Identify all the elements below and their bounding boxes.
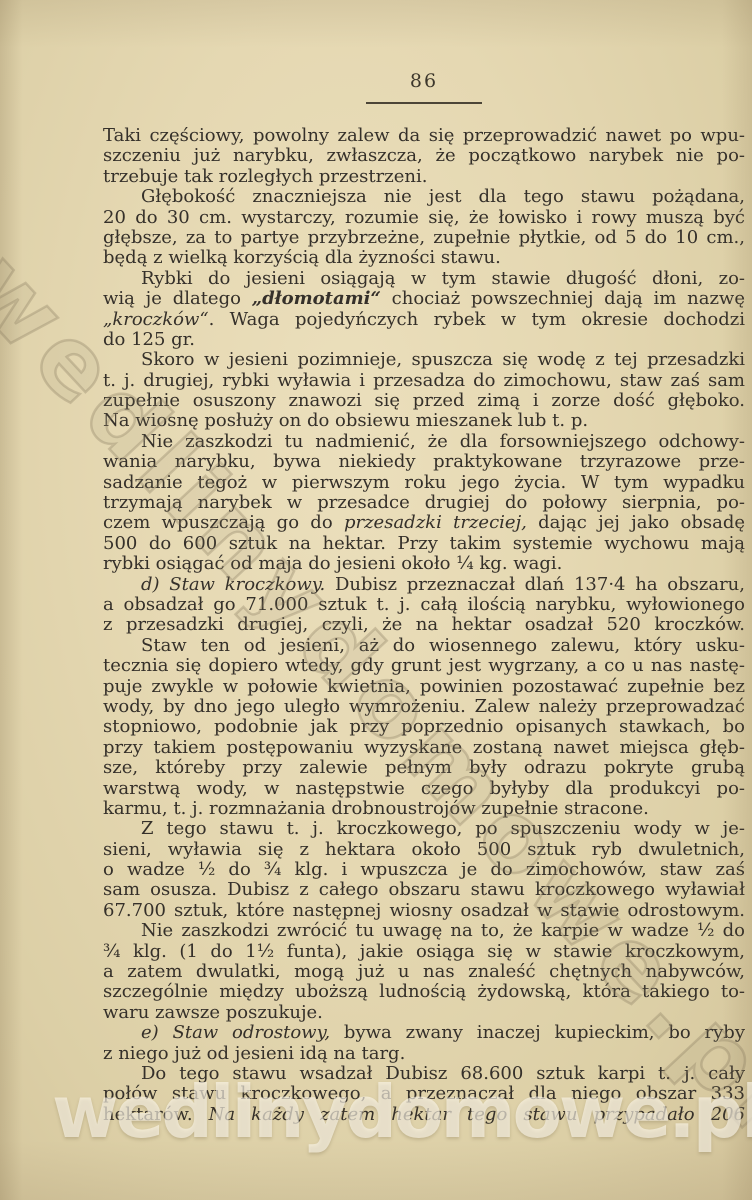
text-run: wania narybku, bywa niekiedy praktykowan… xyxy=(103,451,745,472)
text-run: głębsze, za to partye przybrzeżne, zupeł… xyxy=(103,227,745,248)
text-line: trzebuje tak rozległych przestrzeni. xyxy=(103,167,745,187)
text-run: sadzanie tegoż w pierwszym roku jego życ… xyxy=(103,472,745,493)
text-line: tecznia się dopiero wtedy, gdy grunt jes… xyxy=(103,656,745,676)
book-page: 86 Taki częściowy, powolny zalew da się … xyxy=(0,0,752,1200)
text-line: Do tego stawu wsadzał Dubisz 68.600 sztu… xyxy=(103,1064,745,1084)
text-line: Nie zaszkodzi zwrócić tu uwagę na to, że… xyxy=(103,921,745,941)
text-line: 500 do 600 sztuk na hektar. Przy takim s… xyxy=(103,534,745,554)
text-run: Głębokość znaczniejsza nie jest dla tego… xyxy=(141,186,745,207)
text-run: Na wiosnę posłuży on do obsiewu mieszane… xyxy=(103,410,588,431)
text-run: 20 do 30 cm. wystarczy, rozumie się, że … xyxy=(103,207,745,228)
text-line: Skoro w jesieni pozimnieje, spuszcza się… xyxy=(103,350,745,370)
text-run: sieni, wyławia się z hektara około 500 s… xyxy=(103,839,745,860)
text-line: 20 do 30 cm. wystarczy, rozumie się, że … xyxy=(103,208,745,228)
text-line: Nie zaszkodzi tu nadmienić, że dla forso… xyxy=(103,432,745,452)
text-line: 67.700 sztuk, które następnej wiosny osa… xyxy=(103,901,745,921)
text-line: sze, któreby przy zalewie pełnym były od… xyxy=(103,758,745,778)
text-run: warstwą wody, w następstwie czego byłyby… xyxy=(103,778,745,799)
text-run: szczeniu już narybku, zwłaszcza, że pocz… xyxy=(103,145,745,166)
text-run: zupełnie osuszony znawozi się przed zimą… xyxy=(103,390,745,411)
text-run: rybki osiągać od maja do jesieni około ¹… xyxy=(103,553,562,574)
text-run-italic: d) Staw kroczkowy. xyxy=(141,574,325,595)
text-run: wody, by dno jego uległo wymrożeniu. Zal… xyxy=(103,696,745,717)
text-run: tecznia się dopiero wtedy, gdy grunt jes… xyxy=(103,655,745,676)
text-line: Rybki do jesieni osiągają w tym stawie d… xyxy=(103,269,745,289)
text-run: stopniowo, podobnie jak przy poprzednio … xyxy=(103,716,745,737)
text-line: ³⁄₄ klg. (1 do 1¹⁄₂ funta), jakie osiąga… xyxy=(103,942,745,962)
text-run: Skoro w jesieni pozimnieje, spuszcza się… xyxy=(141,349,745,370)
text-run: połów stawu kroczkowego, a przeznaczał d… xyxy=(103,1083,745,1104)
text-run: wią je dlatego xyxy=(103,288,252,309)
page-number-rule xyxy=(366,102,482,104)
text-run: Nie zaszkodzi zwrócić tu uwagę na to, że… xyxy=(141,920,745,941)
text-line: e) Staw odrostowy, bywa zwany inaczej ku… xyxy=(103,1023,745,1043)
text-run: czem wpuszczają go do xyxy=(103,512,344,533)
text-line: sieni, wyławia się z hektara około 500 s… xyxy=(103,840,745,860)
text-line: sadzanie tegoż w pierwszym roku jego życ… xyxy=(103,473,745,493)
text-run: waru zawsze poszukuje. xyxy=(103,1002,323,1023)
text-run: karmu, t. j. rozmnażania drobnoustrojów … xyxy=(103,798,649,819)
text-run: przy takiem postępowaniu wyzyskane zosta… xyxy=(103,737,745,758)
text-run: do 125 gr. xyxy=(103,329,195,350)
text-line: t. j. drugiej, rybki wyławia i przesadza… xyxy=(103,371,745,391)
text-run: szczególnie między uboższą ludnością żyd… xyxy=(103,981,745,1002)
text-run: sze, któreby przy zalewie pełnym były od… xyxy=(103,757,745,778)
text-line: Głębokość znaczniejsza nie jest dla tego… xyxy=(103,187,745,207)
text-run: Rybki do jesieni osiągają w tym stawie d… xyxy=(141,268,745,289)
text-line: z przesadzki drugiej, czyli, że na hekta… xyxy=(103,615,745,635)
text-run: t. j. drugiej, rybki wyławia i przesadza… xyxy=(103,370,745,391)
text-line: szczeniu już narybku, zwłaszcza, że pocz… xyxy=(103,146,745,166)
text-line: przy takiem postępowaniu wyzyskane zosta… xyxy=(103,738,745,758)
text-line: karmu, t. j. rozmnażania drobnoustrojów … xyxy=(103,799,745,819)
text-line: głębsze, za to partye przybrzeżne, zupeł… xyxy=(103,228,745,248)
text-line: o wadze ¹⁄₂ do ³⁄₄ klg. i wpuszcza je do… xyxy=(103,860,745,880)
text-line: „kroczków“. Waga pojedyńczych rybek w ty… xyxy=(103,310,745,330)
text-run: o wadze ¹⁄₂ do ³⁄₄ klg. i wpuszcza je do… xyxy=(103,859,745,880)
text-run: będą z wielką korzyścią dla żyzności sta… xyxy=(103,247,501,268)
text-run: z przesadzki drugiej, czyli, że na hekta… xyxy=(103,614,745,635)
text-line: waru zawsze poszukuje. xyxy=(103,1003,745,1023)
text-line: do 125 gr. xyxy=(103,330,745,350)
text-run: Do tego stawu wsadzał Dubisz 68.600 sztu… xyxy=(141,1063,745,1084)
text-run-italic: przesadzki trzeciej, xyxy=(344,512,527,533)
text-run: Nie zaszkodzi tu nadmienić, że dla forso… xyxy=(141,431,745,452)
text-run: ³⁄₄ klg. (1 do 1¹⁄₂ funta), jakie osiąga… xyxy=(103,941,745,962)
text-line: sam osusza. Dubisz z całego obszaru staw… xyxy=(103,880,745,900)
text-line: czem wpuszczają go do przesadzki trzecie… xyxy=(103,513,745,533)
text-run: Taki częściowy, powolny zalew da się prz… xyxy=(103,125,745,146)
text-run-italic: „dłomotami“ xyxy=(252,288,381,309)
text-line: będą z wielką korzyścią dla żyzności sta… xyxy=(103,248,745,268)
text-run: a obsadzał go 71.000 sztuk t. j. całą il… xyxy=(103,594,745,615)
page-number: 86 xyxy=(410,70,438,92)
text-run: 500 do 600 sztuk na hektar. Przy takim s… xyxy=(103,533,745,554)
text-run-italic: e) Staw odrostowy, xyxy=(141,1022,330,1043)
text-line: połów stawu kroczkowego, a przeznaczał d… xyxy=(103,1084,745,1104)
text-line: a obsadzał go 71.000 sztuk t. j. całą il… xyxy=(103,595,745,615)
text-line: Na wiosnę posłuży on do obsiewu mieszane… xyxy=(103,411,745,431)
text-run: sam osusza. Dubisz z całego obszaru staw… xyxy=(103,879,745,900)
text-line: d) Staw kroczkowy. Dubisz przeznaczał dl… xyxy=(103,575,745,595)
text-line: zupełnie osuszony znawozi się przed zimą… xyxy=(103,391,745,411)
text-run: z niego już od jesieni idą na targ. xyxy=(103,1043,405,1064)
text-line: puje zwykle w połowie kwietnia, powinien… xyxy=(103,677,745,697)
text-line: stopniowo, podobnie jak przy poprzednio … xyxy=(103,717,745,737)
text-run: a zatem dwulatki, mogą już u nas znaleść… xyxy=(103,961,745,982)
text-line: warstwą wody, w następstwie czego byłyby… xyxy=(103,779,745,799)
text-run: dając jej jako obsadę xyxy=(527,512,745,533)
text-run: Dubisz przeznaczał dlań 137·4 ha obszaru… xyxy=(325,574,745,595)
text-run-italic: „kroczków“ xyxy=(103,309,209,330)
text-run-italic: Na każdy zatem hektar tego stawu przypad… xyxy=(209,1104,745,1125)
text-line: Staw ten od jesieni, aż do wiosennego za… xyxy=(103,636,745,656)
text-line: wania narybku, bywa niekiedy praktykowan… xyxy=(103,452,745,472)
text-line: hektarów. Na każdy zatem hektar tego sta… xyxy=(103,1105,745,1125)
body-text: Taki częściowy, powolny zalew da się prz… xyxy=(103,126,745,1125)
text-line: wią je dlatego „dłomotami“ chociaż powsz… xyxy=(103,289,745,309)
text-line: a zatem dwulatki, mogą już u nas znaleść… xyxy=(103,962,745,982)
text-run: Staw ten od jesieni, aż do wiosennego za… xyxy=(141,635,745,656)
text-line: szczególnie między uboższą ludnością żyd… xyxy=(103,982,745,1002)
text-line: Z tego stawu t. j. kroczkowego, po spusz… xyxy=(103,819,745,839)
text-run: chociaż powszechniej dają im nazwę xyxy=(381,288,745,309)
text-run: . Waga pojedyńczych rybek w tym okresie … xyxy=(209,309,745,330)
text-run: bywa zwany inaczej kupieckim, bo ryby xyxy=(330,1022,745,1043)
text-line: wody, by dno jego uległo wymrożeniu. Zal… xyxy=(103,697,745,717)
text-run: trzymają narybek w przesadce drugiej do … xyxy=(103,492,745,513)
text-line: z niego już od jesieni idą na targ. xyxy=(103,1044,745,1064)
text-run: hektarów. xyxy=(103,1104,209,1125)
text-line: Taki częściowy, powolny zalew da się prz… xyxy=(103,126,745,146)
text-run: puje zwykle w połowie kwietnia, powinien… xyxy=(103,676,745,697)
text-run: 67.700 sztuk, które następnej wiosny osa… xyxy=(103,900,745,921)
text-run: trzebuje tak rozległych przestrzeni. xyxy=(103,166,427,187)
text-line: rybki osiągać od maja do jesieni około ¹… xyxy=(103,554,745,574)
text-run: Z tego stawu t. j. kroczkowego, po spusz… xyxy=(141,818,745,839)
text-line: trzymają narybek w przesadce drugiej do … xyxy=(103,493,745,513)
